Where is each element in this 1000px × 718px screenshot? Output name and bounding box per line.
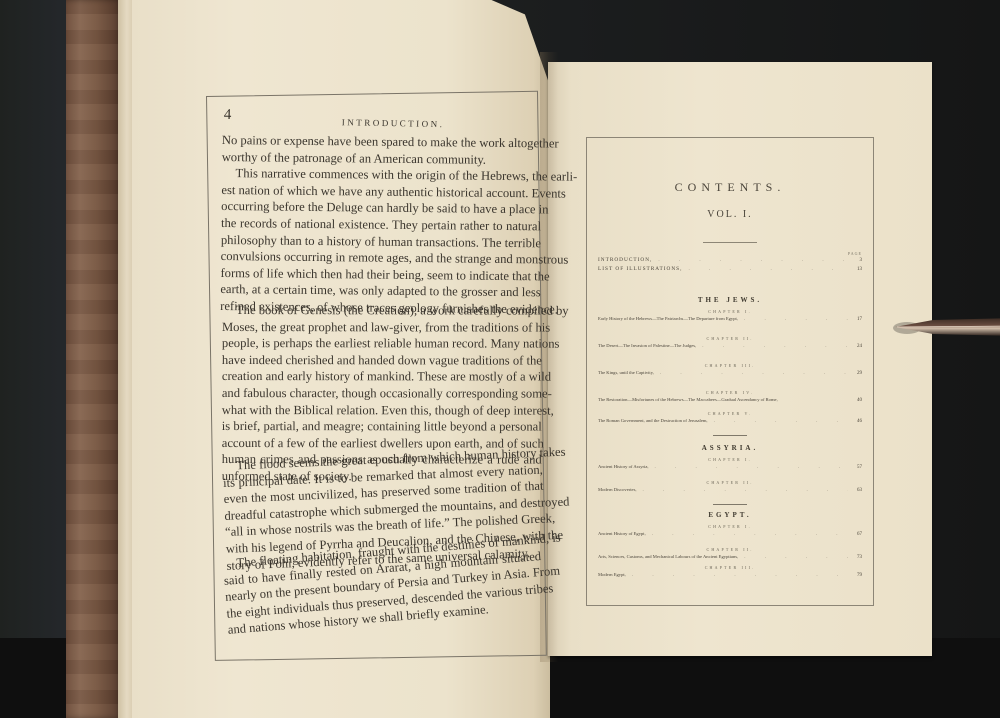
- text-line: Moses, the great prophet and law-giver, …: [222, 319, 542, 336]
- toc-entry-title: Arts, Sciences, Customs, and Mechanical …: [598, 552, 738, 561]
- leader-dots: . . . . . . . . . . . . . . . . . . . . …: [708, 417, 848, 426]
- toc-entry-page: 24: [848, 342, 862, 351]
- leader-dots: . . . . . . . . . . . . . . . . . . . . …: [649, 463, 848, 472]
- divider: [713, 504, 747, 505]
- section-heading: EGYPT.: [598, 511, 862, 519]
- toc-entry: Early History of the Hebrews—The Patriar…: [598, 314, 862, 324]
- toc-entry-page: 17: [848, 315, 862, 324]
- toc-entry-title: The Desert—The Invasion of Palestine—The…: [598, 341, 696, 350]
- text-line: and fabulous character, though occasiona…: [222, 385, 542, 402]
- toc-entry-title: Ancient History of Assyria,: [598, 462, 649, 471]
- toc-entry-page: 67: [848, 530, 862, 539]
- introduction-text: No pains or expense have been spared to …: [222, 128, 542, 315]
- toc-entry-title: LIST OF ILLUSTRATIONS,: [598, 265, 682, 273]
- leader-dots: . . . . . . . . . . . . . . . . . . . . …: [696, 342, 848, 351]
- leather-cover-edge: [66, 0, 122, 718]
- toc-entry: LIST OF ILLUSTRATIONS, . . . . . . . . .…: [598, 265, 862, 274]
- text-line: creation and early history of mankind. T…: [222, 368, 542, 385]
- toc-entry-page: 3: [848, 257, 862, 265]
- text-line: The book of Genesis (the Creation), a wo…: [222, 302, 542, 319]
- leader-dots: . . . . . . . . . . . . . . . . . . . . …: [646, 530, 848, 539]
- toc-entry-page: 79: [848, 571, 862, 580]
- leader-dots: . . . . . . . . . . . . . . . . . . . . …: [626, 571, 848, 580]
- leader-dots: . . . . . . . . . . . . . . . . . . . . …: [738, 553, 848, 562]
- pointer-tool-icon: [893, 316, 1000, 338]
- text-line: people, is perhaps the earliest reliable…: [222, 335, 542, 352]
- toc-entry-page: 73: [848, 553, 862, 562]
- toc-entry-title: The Restoration—Misfortunes of the Hebre…: [598, 395, 778, 404]
- toc-entry-title: Modern Discoveries,: [598, 485, 637, 494]
- toc-entry: Ancient History of Egypt, . . . . . . . …: [598, 529, 862, 539]
- toc-entry: Modern Discoveries, . . . . . . . . . . …: [598, 485, 862, 495]
- toc-entry: The Kings, until the Captivity, . . . . …: [598, 368, 862, 378]
- toc-entry: INTRODUCTION, . . . . . . . . . . . . . …: [598, 256, 862, 265]
- toc-entry-page: 46: [848, 417, 862, 426]
- leader-dots: . . . . . . . . . . . . . . . . . . . . …: [682, 266, 848, 274]
- section-heading: ASSYRIA.: [598, 444, 862, 452]
- toc-entry-page: 57: [848, 463, 862, 472]
- toc-entry: Arts, Sciences, Customs, and Mechanical …: [598, 552, 862, 562]
- section-heading: THE JEWS.: [598, 296, 862, 304]
- text-line: what with the Biblical relation. Even th…: [222, 402, 542, 419]
- leader-dots: . . . . . . . . . . . . . . . . . . . . …: [738, 315, 848, 324]
- toc-entry-title: The Roman Government, and the Destructio…: [598, 416, 708, 425]
- toc-entry-page: 40: [848, 396, 862, 405]
- toc-entry-title: INTRODUCTION,: [598, 256, 652, 264]
- paragraph: No pains or expense have been spared to …: [220, 132, 542, 318]
- leader-dots: . . . . . . . . . . . . . . . . . . . . …: [637, 486, 848, 495]
- divider: [713, 435, 747, 436]
- divider: [703, 242, 757, 243]
- toc-entry-title: Early History of the Hebrews—The Patriar…: [598, 314, 738, 323]
- toc-entry: Ancient History of Assyria, . . . . . . …: [598, 462, 862, 472]
- toc-entry: The Roman Government, and the Destructio…: [598, 416, 862, 426]
- page-number: 4: [224, 107, 232, 124]
- toc-entry: Modern Egypt, . . . . . . . . . . . . . …: [598, 570, 862, 580]
- toc-entry: The Desert—The Invasion of Palestine—The…: [598, 341, 862, 351]
- table-of-contents: CONTENTS. VOL. I. PAGE INTRODUCTION, . .…: [598, 176, 862, 580]
- toc-entry-title: Ancient History of Egypt,: [598, 529, 646, 538]
- toc-entry-title: The Kings, until the Captivity,: [598, 368, 654, 377]
- leader-dots: . . . . . . . . . . . . . . . . . . . . …: [652, 257, 848, 265]
- volume-title: VOL. I.: [598, 209, 862, 220]
- leader-dots: . . . . . . . . . . . . . . . . . . . . …: [654, 369, 848, 378]
- toc-entry-page: 63: [848, 486, 862, 495]
- toc-entry-title: Modern Egypt,: [598, 570, 626, 579]
- text-line: have indeed cherished and handed down va…: [222, 352, 542, 369]
- text-line: is brief, partial, and meagre; containin…: [222, 418, 542, 435]
- contents-title: CONTENTS.: [598, 180, 862, 195]
- toc-entry-page: 29: [848, 369, 862, 378]
- toc-entry: The Restoration—Misfortunes of the Hebre…: [598, 395, 862, 405]
- toc-entry-page: 13: [848, 266, 862, 274]
